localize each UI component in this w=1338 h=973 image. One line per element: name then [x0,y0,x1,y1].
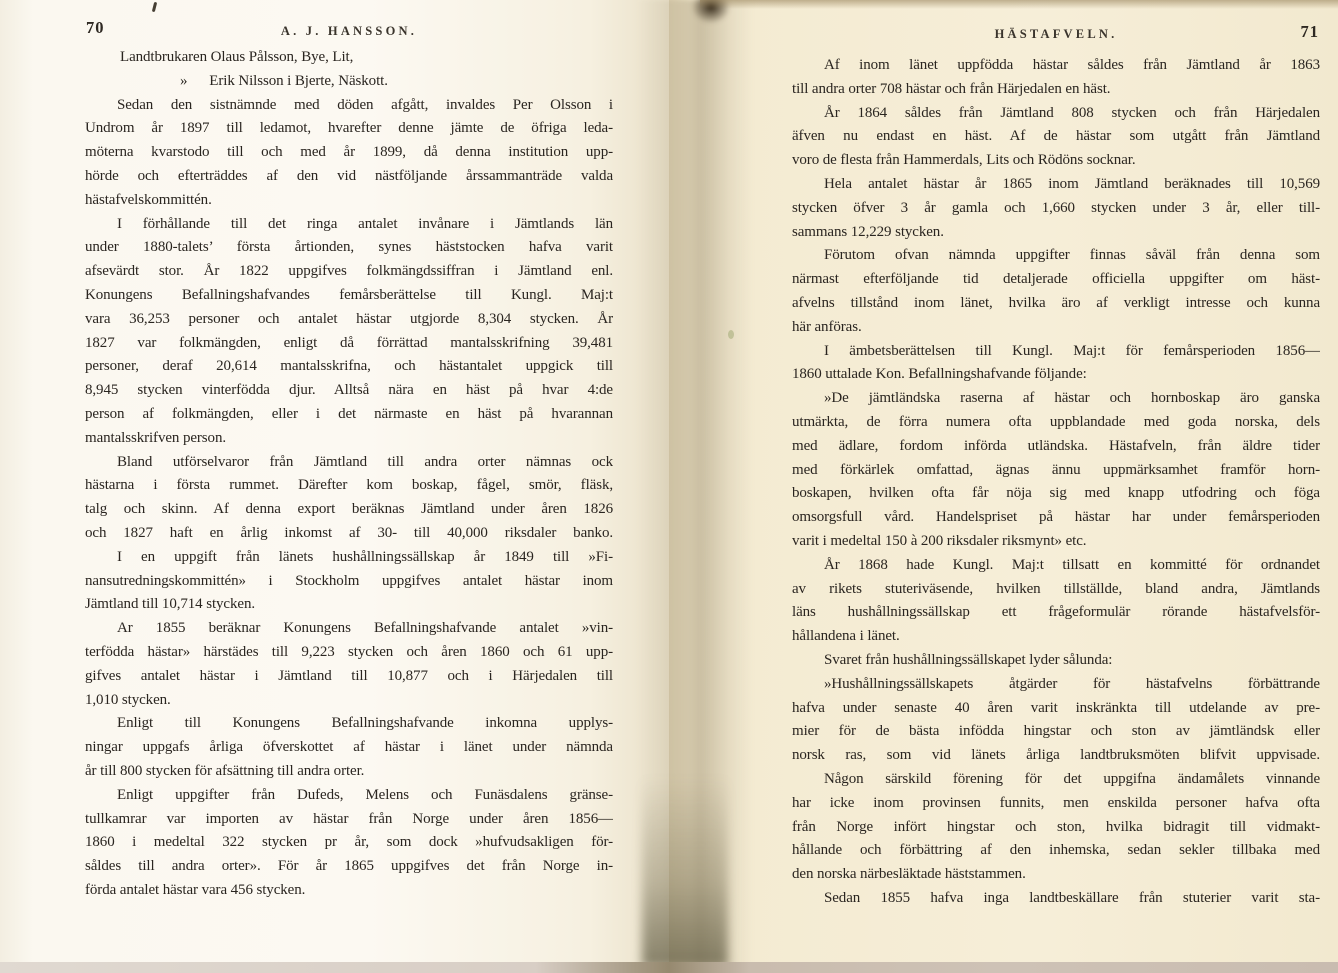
text-line: Hela antalet hästar år 1865 inom Jämtlan… [792,173,1320,197]
scan-top-edge [700,0,1338,9]
text-line: 8,945 stycken vinterfödda djur. Alltså n… [85,379,613,403]
text-line: Bland utförselvaror från Jämtland till a… [85,451,613,475]
text-line: den norska närbesläktade häststammen. [792,863,1320,887]
text-line: Jämtland till 10,714 stycken. [85,593,613,617]
text-line: här anföras. [792,316,1320,340]
text-line: Någon särskild förening för det uppgifna… [792,768,1320,792]
text-line: läns hushållningssällskap ett frågeformu… [792,601,1320,625]
text-line: Af inom länet uppfödda hästar såldes frå… [792,54,1320,78]
text-line: hästarna i första rummet. Därefter kom b… [85,474,613,498]
text-line: till andra orter 708 hästar och från Här… [792,78,1320,102]
text-line: sammans 12,229 stycken. [792,221,1320,245]
text-line: möterna kvarstodo till och med år 1899, … [85,141,613,165]
running-header-left: A. J. HANSSON. [85,24,613,39]
text-line: utmärkta, de förra numera ofta uppblanda… [792,411,1320,435]
text-line: förda antalet hästar vara 456 stycken. [85,879,613,903]
text-line: såldes till andra orter». För år 1865 up… [85,855,613,879]
text-line: Förutom ofvan nämnda uppgifter finnas så… [792,244,1320,268]
text-line: I ämbetsberättelsen till Kungl. Maj:t fö… [792,340,1320,364]
paper-speck [728,330,734,339]
text-line: År 1864 såldes från Jämtland 808 stycken… [792,102,1320,126]
text-line: tullkamrar var importen av hästar från N… [85,808,613,832]
text-line: Landtbrukaren Olaus Pålsson, Bye, Lit, [85,46,613,70]
text-line: År 1868 hade Kungl. Maj:t tillsatt en ko… [792,554,1320,578]
text-line: av rikets stuteriväsende, hvilken tillst… [792,578,1320,602]
right-page-text: Af inom länet uppfödda hästar såldes frå… [792,54,1320,911]
text-line: Enligt till Konungens Befallningshafvand… [85,712,613,736]
gutter-shadow-bottom [642,777,728,967]
text-line: under 1880-talets’ första årtionden, syn… [85,236,613,260]
text-line: hafva under senaste 40 åren varit inskrä… [792,697,1320,721]
text-line: nansutredningskommittén» i Stockholm upp… [85,570,613,594]
text-line: mantalsskrifven person. [85,427,613,451]
text-line: omsorgsfull vård. Handelspriset på hästa… [792,506,1320,530]
text-line: »Hushållningssällskapets åtgärder för hä… [792,673,1320,697]
text-line: Svaret från hushållningssällskapet lyder… [792,649,1320,673]
text-line: 1827 var folkmängden, enligt då förrätta… [85,332,613,356]
text-line: gifves antalet hästar i Jämtland till 10… [85,665,613,689]
text-line: Konungens Befallningshafvandes femårsber… [85,284,613,308]
text-line: afvelns tillstånd inom länet, hvilka äro… [792,292,1320,316]
text-line: med förkärlek omfattad, ägnas ännu uppmä… [792,459,1320,483]
text-line: hållandena i länet. [792,625,1320,649]
text-line: närmast efterföljande tid detaljerade of… [792,268,1320,292]
text-line: äfven nu endast en häst. Af de hästar so… [792,125,1320,149]
text-line: talg och skinn. Af denna export beräknas… [85,498,613,522]
text-line: Sedan 1855 hafva inga landtbeskällare fr… [792,887,1320,911]
text-line: afsevärdt stor. År 1822 uppgifves folkmä… [85,260,613,284]
text-line: I en uppgift från länets hushållningssäl… [85,546,613,570]
text-line: 1860 uttalade Kon. Befallningshafvande f… [792,363,1320,387]
text-line: hörde och efterträddes af den vid nästfö… [85,165,613,189]
text-line: Ar 1855 beräknar Konungens Befallningsha… [85,617,613,641]
text-line: från Norge infört hingstar och ston, hvi… [792,816,1320,840]
text-line: stycken öfver 3 år gamla och 1,660 styck… [792,197,1320,221]
text-line: personer, deraf 20,614 mantalsskrifna, o… [85,355,613,379]
text-line: » Erik Nilsson i Bjerte, Näskott. [85,70,613,94]
left-page-text: Landtbrukaren Olaus Pålsson, Bye, Lit,» … [85,46,613,903]
text-line: hästafvelskommittén. [85,189,613,213]
running-header-right: HÄSTAFVELN. [792,27,1320,42]
text-line: 1,010 stycken. [85,689,613,713]
text-line: person af folkmängden, eller i det närma… [85,403,613,427]
text-line: och 1827 haft en årlig inkomst af 30- ti… [85,522,613,546]
text-line: »De jämtländska raserna af hästar och ho… [792,387,1320,411]
text-line: norsk ras, som vid länets årliga landtbr… [792,744,1320,768]
text-line: Undrom år 1897 till ledamot, hvarefter d… [85,117,613,141]
text-line: år till 800 stycken för afsättning till … [85,760,613,784]
text-line: boskapen, hvilken ofta får nöja sig med … [792,482,1320,506]
text-line: ningar uppgafs årliga öfverskottet af hä… [85,736,613,760]
text-line: Enligt uppgifter från Dufeds, Melens och… [85,784,613,808]
text-line: voro de flesta från Hammerdals, Lits och… [792,149,1320,173]
scan-bottom-edge [0,962,1338,973]
text-line: hållande och förbättring af den inhemska… [792,839,1320,863]
text-line: med ädlare, fordom införda utländska. Hä… [792,435,1320,459]
text-line: terfödda hästar» härstädes till 9,223 st… [85,641,613,665]
text-line: vara 36,253 personer och antalet hästar … [85,308,613,332]
text-line: I förhållande till det ringa antalet inv… [85,213,613,237]
text-line: varit i medeltal 150 à 200 riksdaler rik… [792,530,1320,554]
text-line: 1860 i medeltal 322 stycken pr år, som d… [85,831,613,855]
text-line: Sedan den sistnämnde med döden afgått, i… [85,94,613,118]
book-scan: 70 A. J. HANSSON. 71 HÄSTAFVELN. Landtbr… [0,0,1338,973]
text-line: har icke inom provinsen funnits, men ens… [792,792,1320,816]
text-line: mier för de bästa infödda hingstar och s… [792,720,1320,744]
